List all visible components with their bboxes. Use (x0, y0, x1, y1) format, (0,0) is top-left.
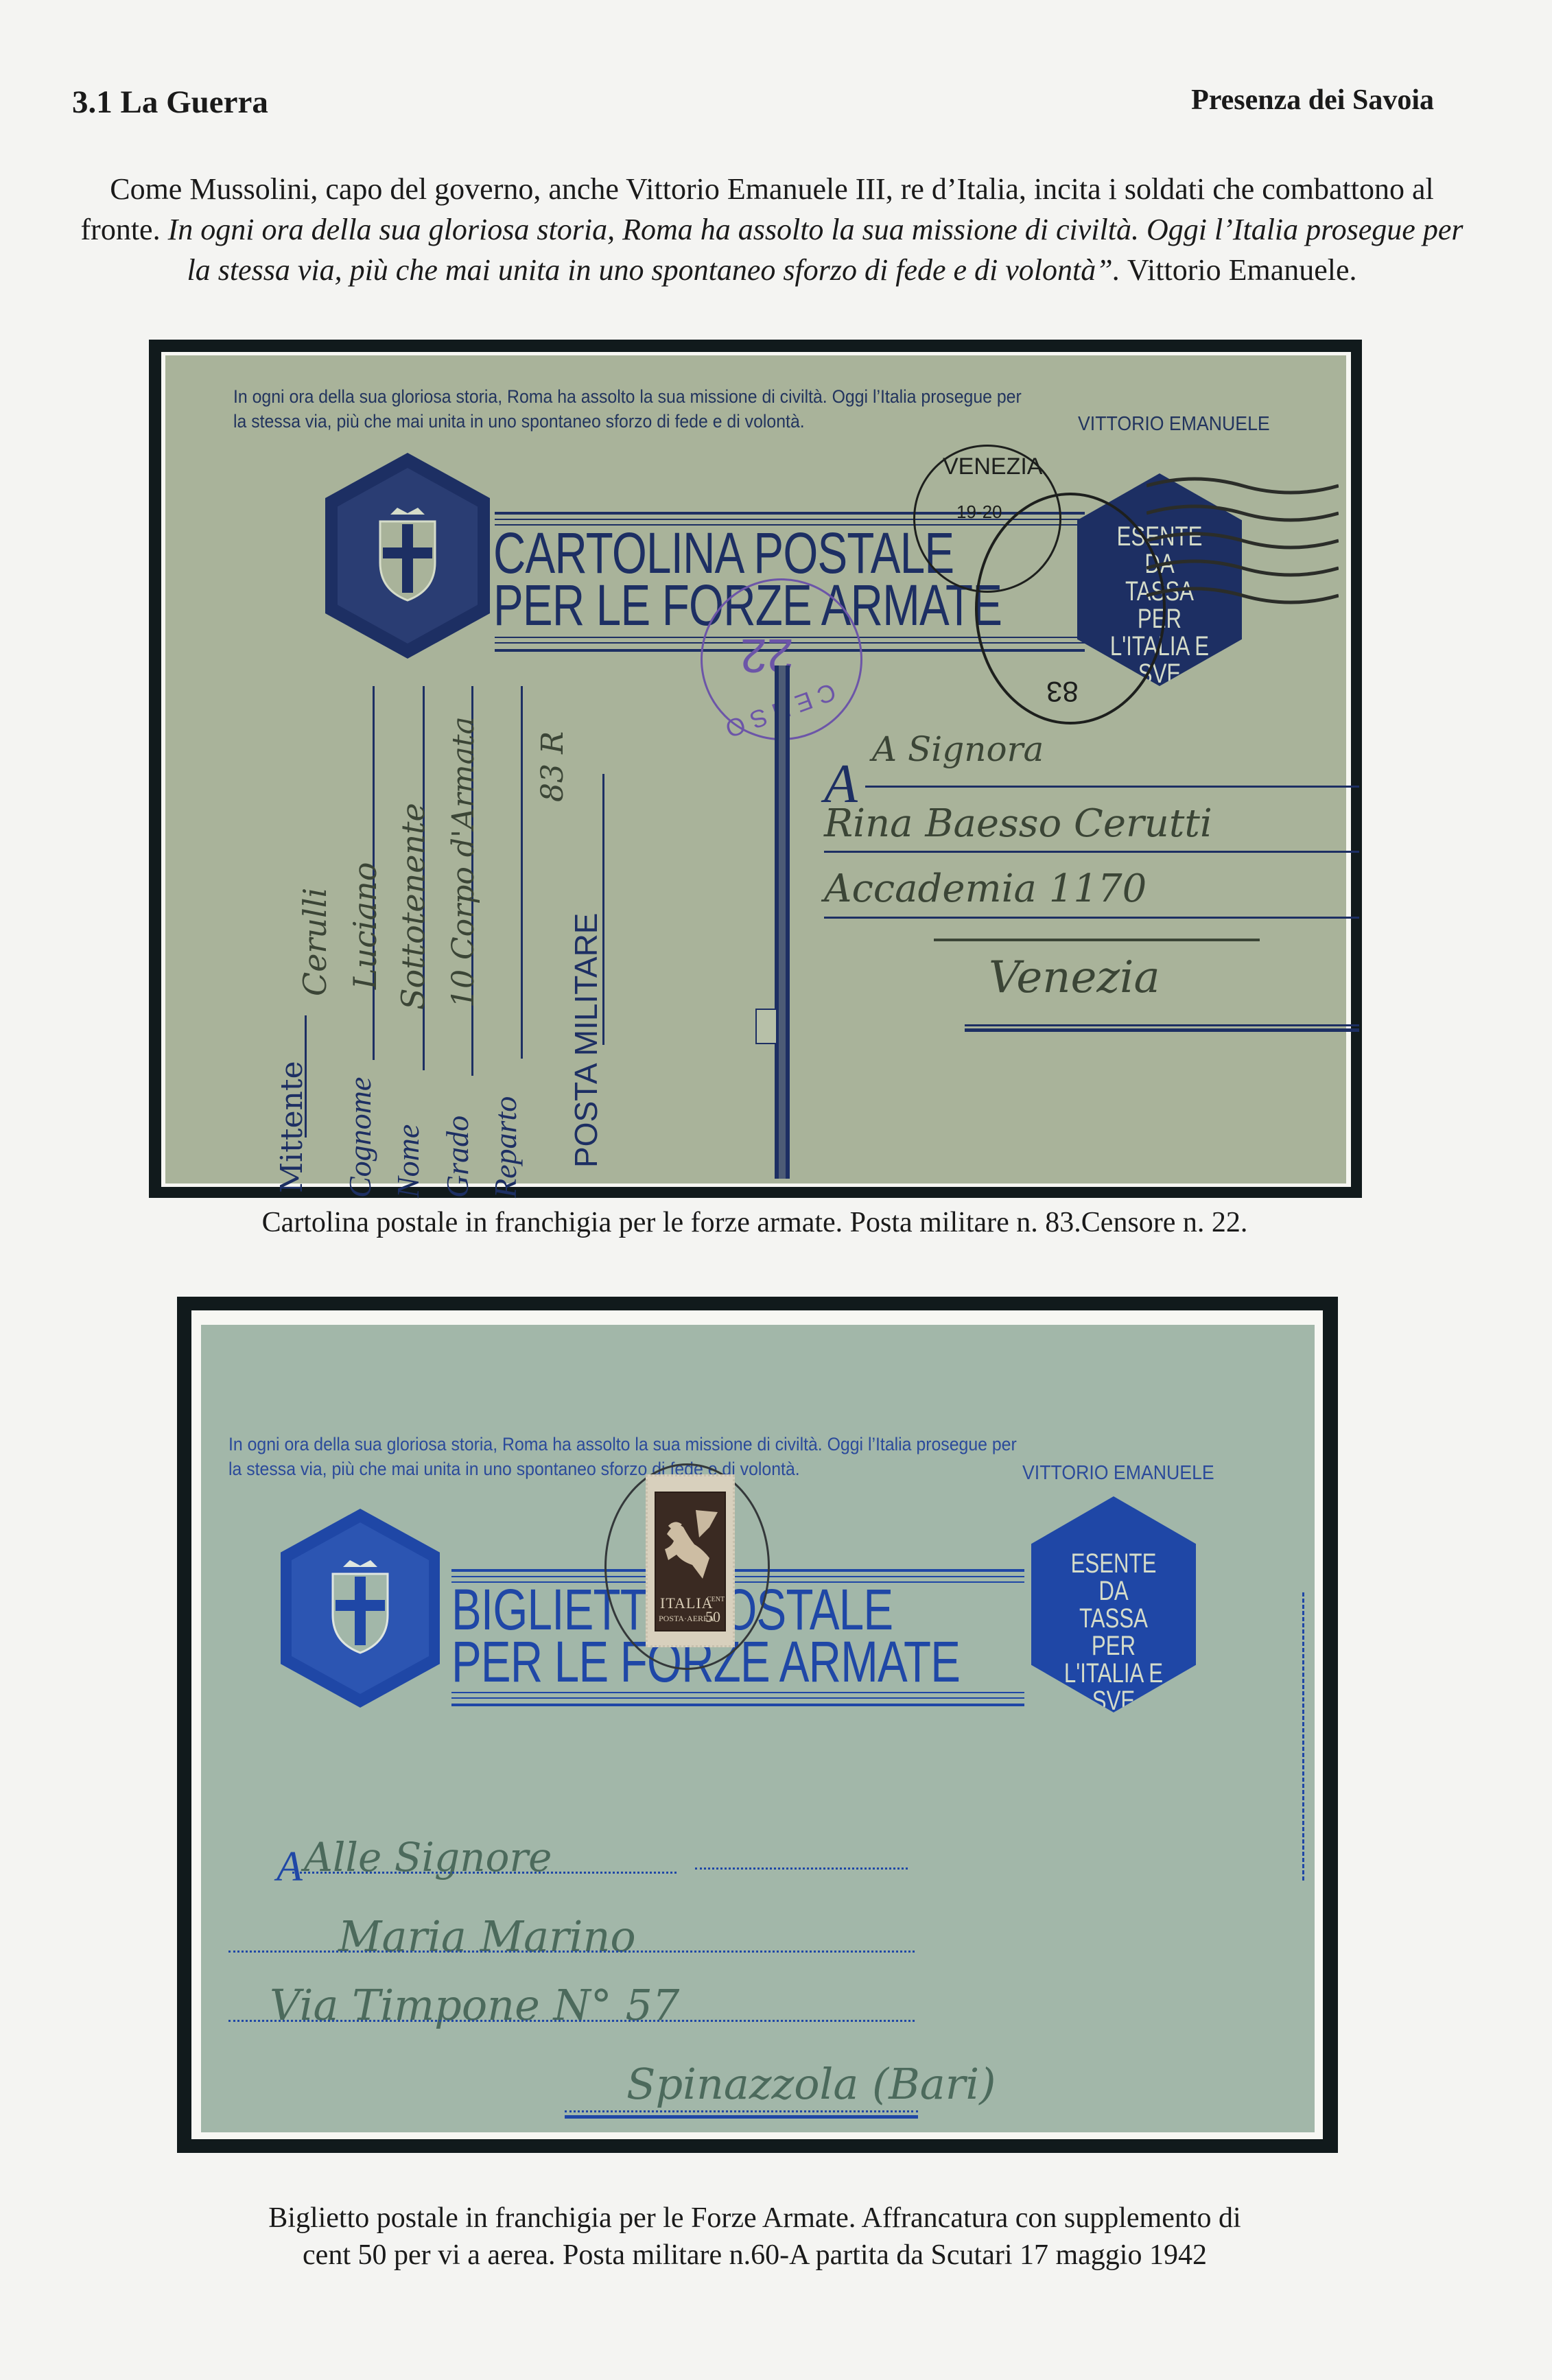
field-value-nome: Luciano (346, 862, 384, 989)
page-topic: Presenza dei Savoia (1191, 84, 1434, 117)
address-recipient: Rina Baesso Cerutti (824, 801, 1212, 846)
section-title: 3.1 La Guerra (72, 84, 268, 121)
motto-signature: VITTORIO EMANUELE (1022, 1461, 1214, 1485)
military-post-cancel-icon: 83 (975, 493, 1166, 724)
postmark-number: 83 (1046, 675, 1079, 708)
address-city: Spinazzola (Bari) (626, 2059, 996, 2109)
address-street: Accademia 1170 (824, 867, 1147, 911)
axe-blade-icon (755, 1009, 777, 1044)
address-salutation: A Signora (872, 729, 1044, 769)
exempt-line: ESENTE DA (1060, 1550, 1167, 1605)
field-value-grado: Sottotenente (395, 803, 432, 1010)
airmail-stamp: ITALIA POSTA·AEREA CENT 50 (646, 1474, 735, 1647)
exempt-line: SVE COLONIE (1060, 1687, 1167, 1742)
address-initial: A (277, 1843, 303, 1892)
stamp-denomination: 50 (705, 1608, 720, 1626)
wavy-cancel-lines-icon (1147, 472, 1339, 609)
motto-line-1: In ogni ora della sua gloriosa storia, R… (233, 384, 1022, 409)
field-value-reparto: 10 Corpo d'Armata (446, 716, 481, 1008)
caption-item-2-line-2: cent 50 per vi a aerea. Posta militare n… (137, 2237, 1372, 2274)
field-label-nome: Nome (390, 1124, 426, 1198)
motto-signature: VITTORIO EMANUELE (1078, 412, 1270, 436)
intro-paragraph: Come Mussolini, capo del governo, anche … (75, 169, 1468, 290)
military-post-value: 83 R (535, 731, 570, 802)
field-label-cognome: Cognome (342, 1077, 378, 1198)
postcard-cartolina: In ogni ora della sua gloriosa storia, R… (165, 355, 1346, 1183)
field-label-grado: Grado (439, 1116, 475, 1198)
pegasus-icon (661, 1507, 719, 1582)
address-recipient: Maria Marino (338, 1911, 636, 1961)
exempt-line: TASSA PER (1060, 1605, 1167, 1660)
field-label-reparto: Reparto (487, 1096, 524, 1198)
franchise-exempt-badge: ESENTE DA TASSA PER L'ITALIA E SVE COLON… (1031, 1496, 1196, 1712)
postmark-time: 19-20 (956, 502, 1002, 523)
address-city: Venezia (989, 952, 1160, 1003)
motto-line-2: la stessa via, più che mai unita in uno … (233, 409, 805, 434)
address-street: Via Timpone N° 57 (270, 1980, 679, 2030)
coat-of-arms-icon (325, 453, 490, 659)
caption-item-2-line-1: Biglietto postale in franchigia per le F… (137, 2200, 1372, 2237)
military-post-label: POSTA MILITARE (567, 913, 604, 1168)
coat-of-arms-icon (281, 1509, 440, 1708)
intro-signature: Vittorio Emanuele. (1120, 253, 1357, 287)
caption-item-1: Cartolina postale in franchigia per le f… (137, 1206, 1372, 1239)
lettercard-biglietto: In ogni ora della sua gloriosa storia, R… (201, 1325, 1315, 2132)
motto-line-1: In ogni ora della sua gloriosa storia, R… (228, 1432, 1017, 1457)
exempt-line: L'ITALIA E (1060, 1660, 1167, 1687)
stamp-unit: CENT (707, 1596, 725, 1603)
fold-perforation (1302, 1592, 1304, 1881)
postmark-city: VENEZIA (943, 453, 1042, 480)
caption-item-2: Biglietto postale in franchigia per le F… (137, 2200, 1372, 2274)
field-value-cognome: Cerulli (296, 888, 333, 996)
fasces-pole-icon (775, 665, 790, 1179)
